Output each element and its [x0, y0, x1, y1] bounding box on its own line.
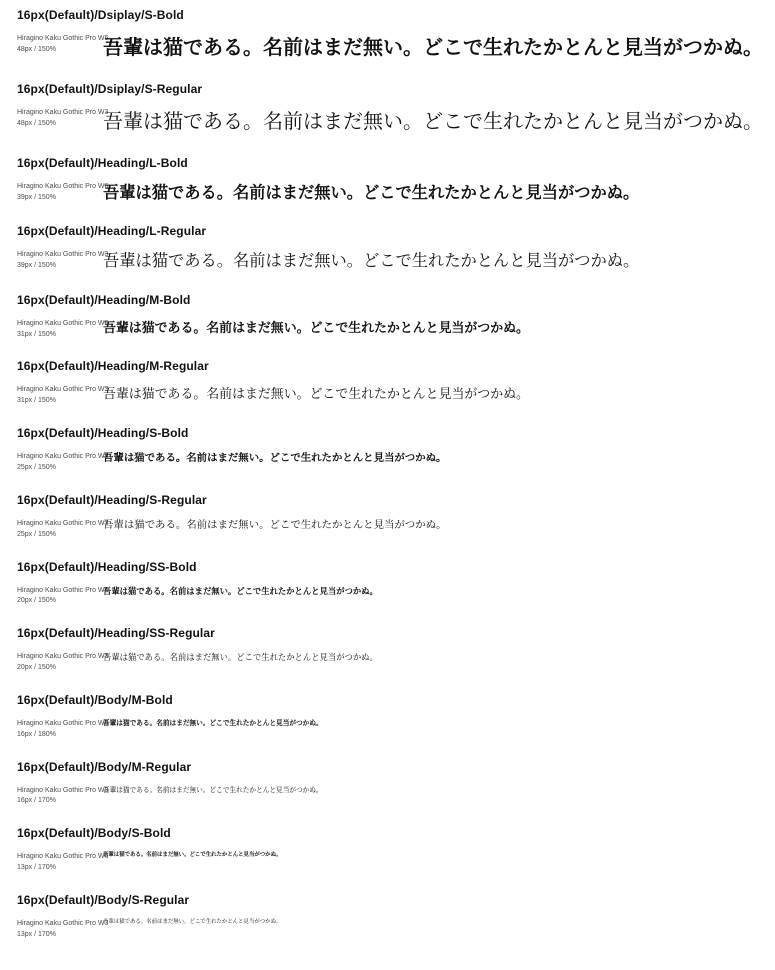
- font-size-spec: 16px / 170%: [17, 796, 103, 807]
- font-meta: Hiragino Kaku Gothic Pro W3 16px / 170%: [17, 785, 103, 808]
- type-style-section: 16px(Default)/Body/S-Bold Hiragino Kaku …: [17, 826, 765, 874]
- type-style-row: Hiragino Kaku Gothic Pro W3 39px / 150% …: [17, 249, 765, 273]
- font-meta: Hiragino Kaku Gothic Pro W6 39px / 150%: [17, 181, 103, 204]
- type-style-row: Hiragino Kaku Gothic Pro W3 20px / 150% …: [17, 651, 765, 674]
- font-size-spec: 16px / 180%: [17, 730, 103, 741]
- type-style-row: Hiragino Kaku Gothic Pro W6 20px / 150% …: [17, 585, 765, 608]
- type-style-section: 16px(Default)/Body/M-Bold Hiragino Kaku …: [17, 693, 765, 741]
- type-style-title: 16px(Default)/Body/S-Regular: [17, 893, 765, 907]
- font-meta: Hiragino Kaku Gothic Pro W3 20px / 150%: [17, 651, 103, 674]
- type-style-title: 16px(Default)/Heading/L-Bold: [17, 156, 765, 170]
- font-name: Hiragino Kaku Gothic Pro W6: [17, 34, 103, 45]
- type-style-title: 16px(Default)/Dsiplay/S-Bold: [17, 8, 765, 22]
- font-size-spec: 13px / 170%: [17, 863, 103, 874]
- type-style-section: 16px(Default)/Heading/SS-Bold Hiragino K…: [17, 560, 765, 608]
- type-style-section: 16px(Default)/Body/M-Regular Hiragino Ka…: [17, 760, 765, 808]
- sample-text: 吾輩は猫である。名前はまだ無い。どこで生れたかとんと見当がつかぬ。: [103, 785, 323, 796]
- type-style-title: 16px(Default)/Dsiplay/S-Regular: [17, 82, 765, 96]
- sample-text: 吾輩は猫である。名前はまだ無い。どこで生れたかとんと見当がつかぬ。: [103, 318, 529, 337]
- font-size-spec: 25px / 150%: [17, 463, 103, 474]
- type-style-row: Hiragino Kaku Gothic Pro W6 39px / 150% …: [17, 181, 765, 205]
- type-style-row: Hiragino Kaku Gothic Pro W6 48px / 150% …: [17, 33, 765, 63]
- type-style-title: 16px(Default)/Heading/S-Bold: [17, 426, 765, 440]
- font-meta: Hiragino Kaku Gothic Pro W3 48px / 150%: [17, 107, 103, 130]
- type-style-title: 16px(Default)/Heading/M-Regular: [17, 359, 765, 373]
- font-name: Hiragino Kaku Gothic Pro W3: [17, 786, 103, 797]
- sample-text: 吾輩は猫である。名前はまだ無い。どこで生れたかとんと見当がつかぬ。: [103, 107, 763, 137]
- type-style-section: 16px(Default)/Body/S-Regular Hiragino Ka…: [17, 893, 765, 941]
- font-name: Hiragino Kaku Gothic Pro W3: [17, 652, 103, 663]
- sample-text: 吾輩は猫である。名前はまだ無い。どこで生れたかとんと見当がつかぬ。: [103, 384, 529, 403]
- font-meta: Hiragino Kaku Gothic Pro W3 39px / 150%: [17, 249, 103, 272]
- type-style-row: Hiragino Kaku Gothic Pro W3 25px / 150% …: [17, 518, 765, 541]
- font-name: Hiragino Kaku Gothic Pro W3: [17, 519, 103, 530]
- font-size-spec: 48px / 150%: [17, 119, 103, 130]
- type-style-title: 16px(Default)/Body/M-Regular: [17, 760, 765, 774]
- font-name: Hiragino Kaku Gothic Pro W3: [17, 919, 103, 930]
- sample-text: 吾輩は猫である。名前はまだ無い。どこで生れたかとんと見当がつかぬ。: [103, 918, 281, 927]
- font-name: Hiragino Kaku Gothic Pro W3: [17, 385, 103, 396]
- font-name: Hiragino Kaku Gothic Pro W6: [17, 182, 103, 193]
- font-size-spec: 39px / 150%: [17, 261, 103, 272]
- type-style-row: Hiragino Kaku Gothic Pro W3 48px / 150% …: [17, 107, 765, 137]
- type-style-section: 16px(Default)/Heading/L-Regular Hiragino…: [17, 224, 765, 273]
- font-meta: Hiragino Kaku Gothic Pro W6 25px / 150%: [17, 451, 103, 474]
- font-size-spec: 48px / 150%: [17, 45, 103, 56]
- type-style-row: Hiragino Kaku Gothic Pro W3 31px / 150% …: [17, 384, 765, 407]
- sample-text: 吾輩は猫である。名前はまだ無い。どこで生れたかとんと見当がつかぬ。: [103, 249, 639, 273]
- font-meta: Hiragino Kaku Gothic Pro W6 48px / 150%: [17, 33, 103, 56]
- type-style-title: 16px(Default)/Body/M-Bold: [17, 693, 765, 707]
- font-name: Hiragino Kaku Gothic Pro W6: [17, 852, 103, 863]
- sample-text: 吾輩は猫である。名前はまだ無い。どこで生れたかとんと見当がつかぬ。: [103, 585, 378, 597]
- type-style-section: 16px(Default)/Dsiplay/S-Regular Hiragino…: [17, 82, 765, 137]
- type-style-section: 16px(Default)/Dsiplay/S-Bold Hiragino Ka…: [17, 8, 765, 63]
- sample-text: 吾輩は猫である。名前はまだ無い。どこで生れたかとんと見当がつかぬ。: [103, 651, 378, 663]
- font-size-spec: 39px / 150%: [17, 193, 103, 204]
- font-name: Hiragino Kaku Gothic Pro W6: [17, 319, 103, 330]
- font-name: Hiragino Kaku Gothic Pro W6: [17, 586, 103, 597]
- type-style-row: Hiragino Kaku Gothic Pro W6 16px / 180% …: [17, 718, 765, 741]
- type-style-section: 16px(Default)/Heading/SS-Regular Hiragin…: [17, 626, 765, 674]
- font-meta: Hiragino Kaku Gothic Pro W6 13px / 170%: [17, 851, 103, 874]
- font-meta: Hiragino Kaku Gothic Pro W3 31px / 150%: [17, 384, 103, 407]
- type-style-row: Hiragino Kaku Gothic Pro W6 13px / 170% …: [17, 851, 765, 874]
- type-style-title: 16px(Default)/Body/S-Bold: [17, 826, 765, 840]
- type-style-title: 16px(Default)/Heading/M-Bold: [17, 293, 765, 307]
- type-style-title: 16px(Default)/Heading/S-Regular: [17, 493, 765, 507]
- type-style-section: 16px(Default)/Heading/M-Regular Hiragino…: [17, 359, 765, 407]
- font-name: Hiragino Kaku Gothic Pro W6: [17, 452, 103, 463]
- type-style-row: Hiragino Kaku Gothic Pro W6 31px / 150% …: [17, 318, 765, 341]
- type-style-row: Hiragino Kaku Gothic Pro W6 25px / 150% …: [17, 451, 765, 474]
- font-meta: Hiragino Kaku Gothic Pro W6 31px / 150%: [17, 318, 103, 341]
- font-name: Hiragino Kaku Gothic Pro W6: [17, 719, 103, 730]
- type-specimen-page: 16px(Default)/Dsiplay/S-Bold Hiragino Ka…: [0, 0, 775, 970]
- font-name: Hiragino Kaku Gothic Pro W3: [17, 250, 103, 261]
- type-style-section: 16px(Default)/Heading/M-Bold Hiragino Ka…: [17, 293, 765, 341]
- sample-text: 吾輩は猫である。名前はまだ無い。どこで生れたかとんと見当がつかぬ。: [103, 181, 639, 205]
- type-style-title: 16px(Default)/Heading/SS-Regular: [17, 626, 765, 640]
- sample-text: 吾輩は猫である。名前はまだ無い。どこで生れたかとんと見当がつかぬ。: [103, 718, 323, 730]
- font-size-spec: 31px / 150%: [17, 330, 103, 341]
- sample-text: 吾輩は猫である。名前はまだ無い。どこで生れたかとんと見当がつかぬ。: [103, 851, 281, 860]
- type-style-section: 16px(Default)/Heading/S-Bold Hiragino Ka…: [17, 426, 765, 474]
- font-size-spec: 31px / 150%: [17, 396, 103, 407]
- type-style-title: 16px(Default)/Heading/SS-Bold: [17, 560, 765, 574]
- type-style-section: 16px(Default)/Heading/S-Regular Hiragino…: [17, 493, 765, 541]
- type-style-row: Hiragino Kaku Gothic Pro W3 16px / 170% …: [17, 785, 765, 808]
- type-style-section: 16px(Default)/Heading/L-Bold Hiragino Ka…: [17, 156, 765, 205]
- font-size-spec: 20px / 150%: [17, 596, 103, 607]
- type-style-title: 16px(Default)/Heading/L-Regular: [17, 224, 765, 238]
- type-style-row: Hiragino Kaku Gothic Pro W3 13px / 170% …: [17, 918, 765, 941]
- font-meta: Hiragino Kaku Gothic Pro W6 20px / 150%: [17, 585, 103, 608]
- font-size-spec: 25px / 150%: [17, 530, 103, 541]
- font-meta: Hiragino Kaku Gothic Pro W3 25px / 150%: [17, 518, 103, 541]
- font-size-spec: 20px / 150%: [17, 663, 103, 674]
- font-meta: Hiragino Kaku Gothic Pro W6 16px / 180%: [17, 718, 103, 741]
- sample-text: 吾輩は猫である。名前はまだ無い。どこで生れたかとんと見当がつかぬ。: [103, 451, 446, 467]
- font-size-spec: 13px / 170%: [17, 930, 103, 941]
- font-meta: Hiragino Kaku Gothic Pro W3 13px / 170%: [17, 918, 103, 941]
- font-name: Hiragino Kaku Gothic Pro W3: [17, 108, 103, 119]
- sample-text: 吾輩は猫である。名前はまだ無い。どこで生れたかとんと見当がつかぬ。: [103, 33, 763, 63]
- sample-text: 吾輩は猫である。名前はまだ無い。どこで生れたかとんと見当がつかぬ。: [103, 518, 446, 534]
